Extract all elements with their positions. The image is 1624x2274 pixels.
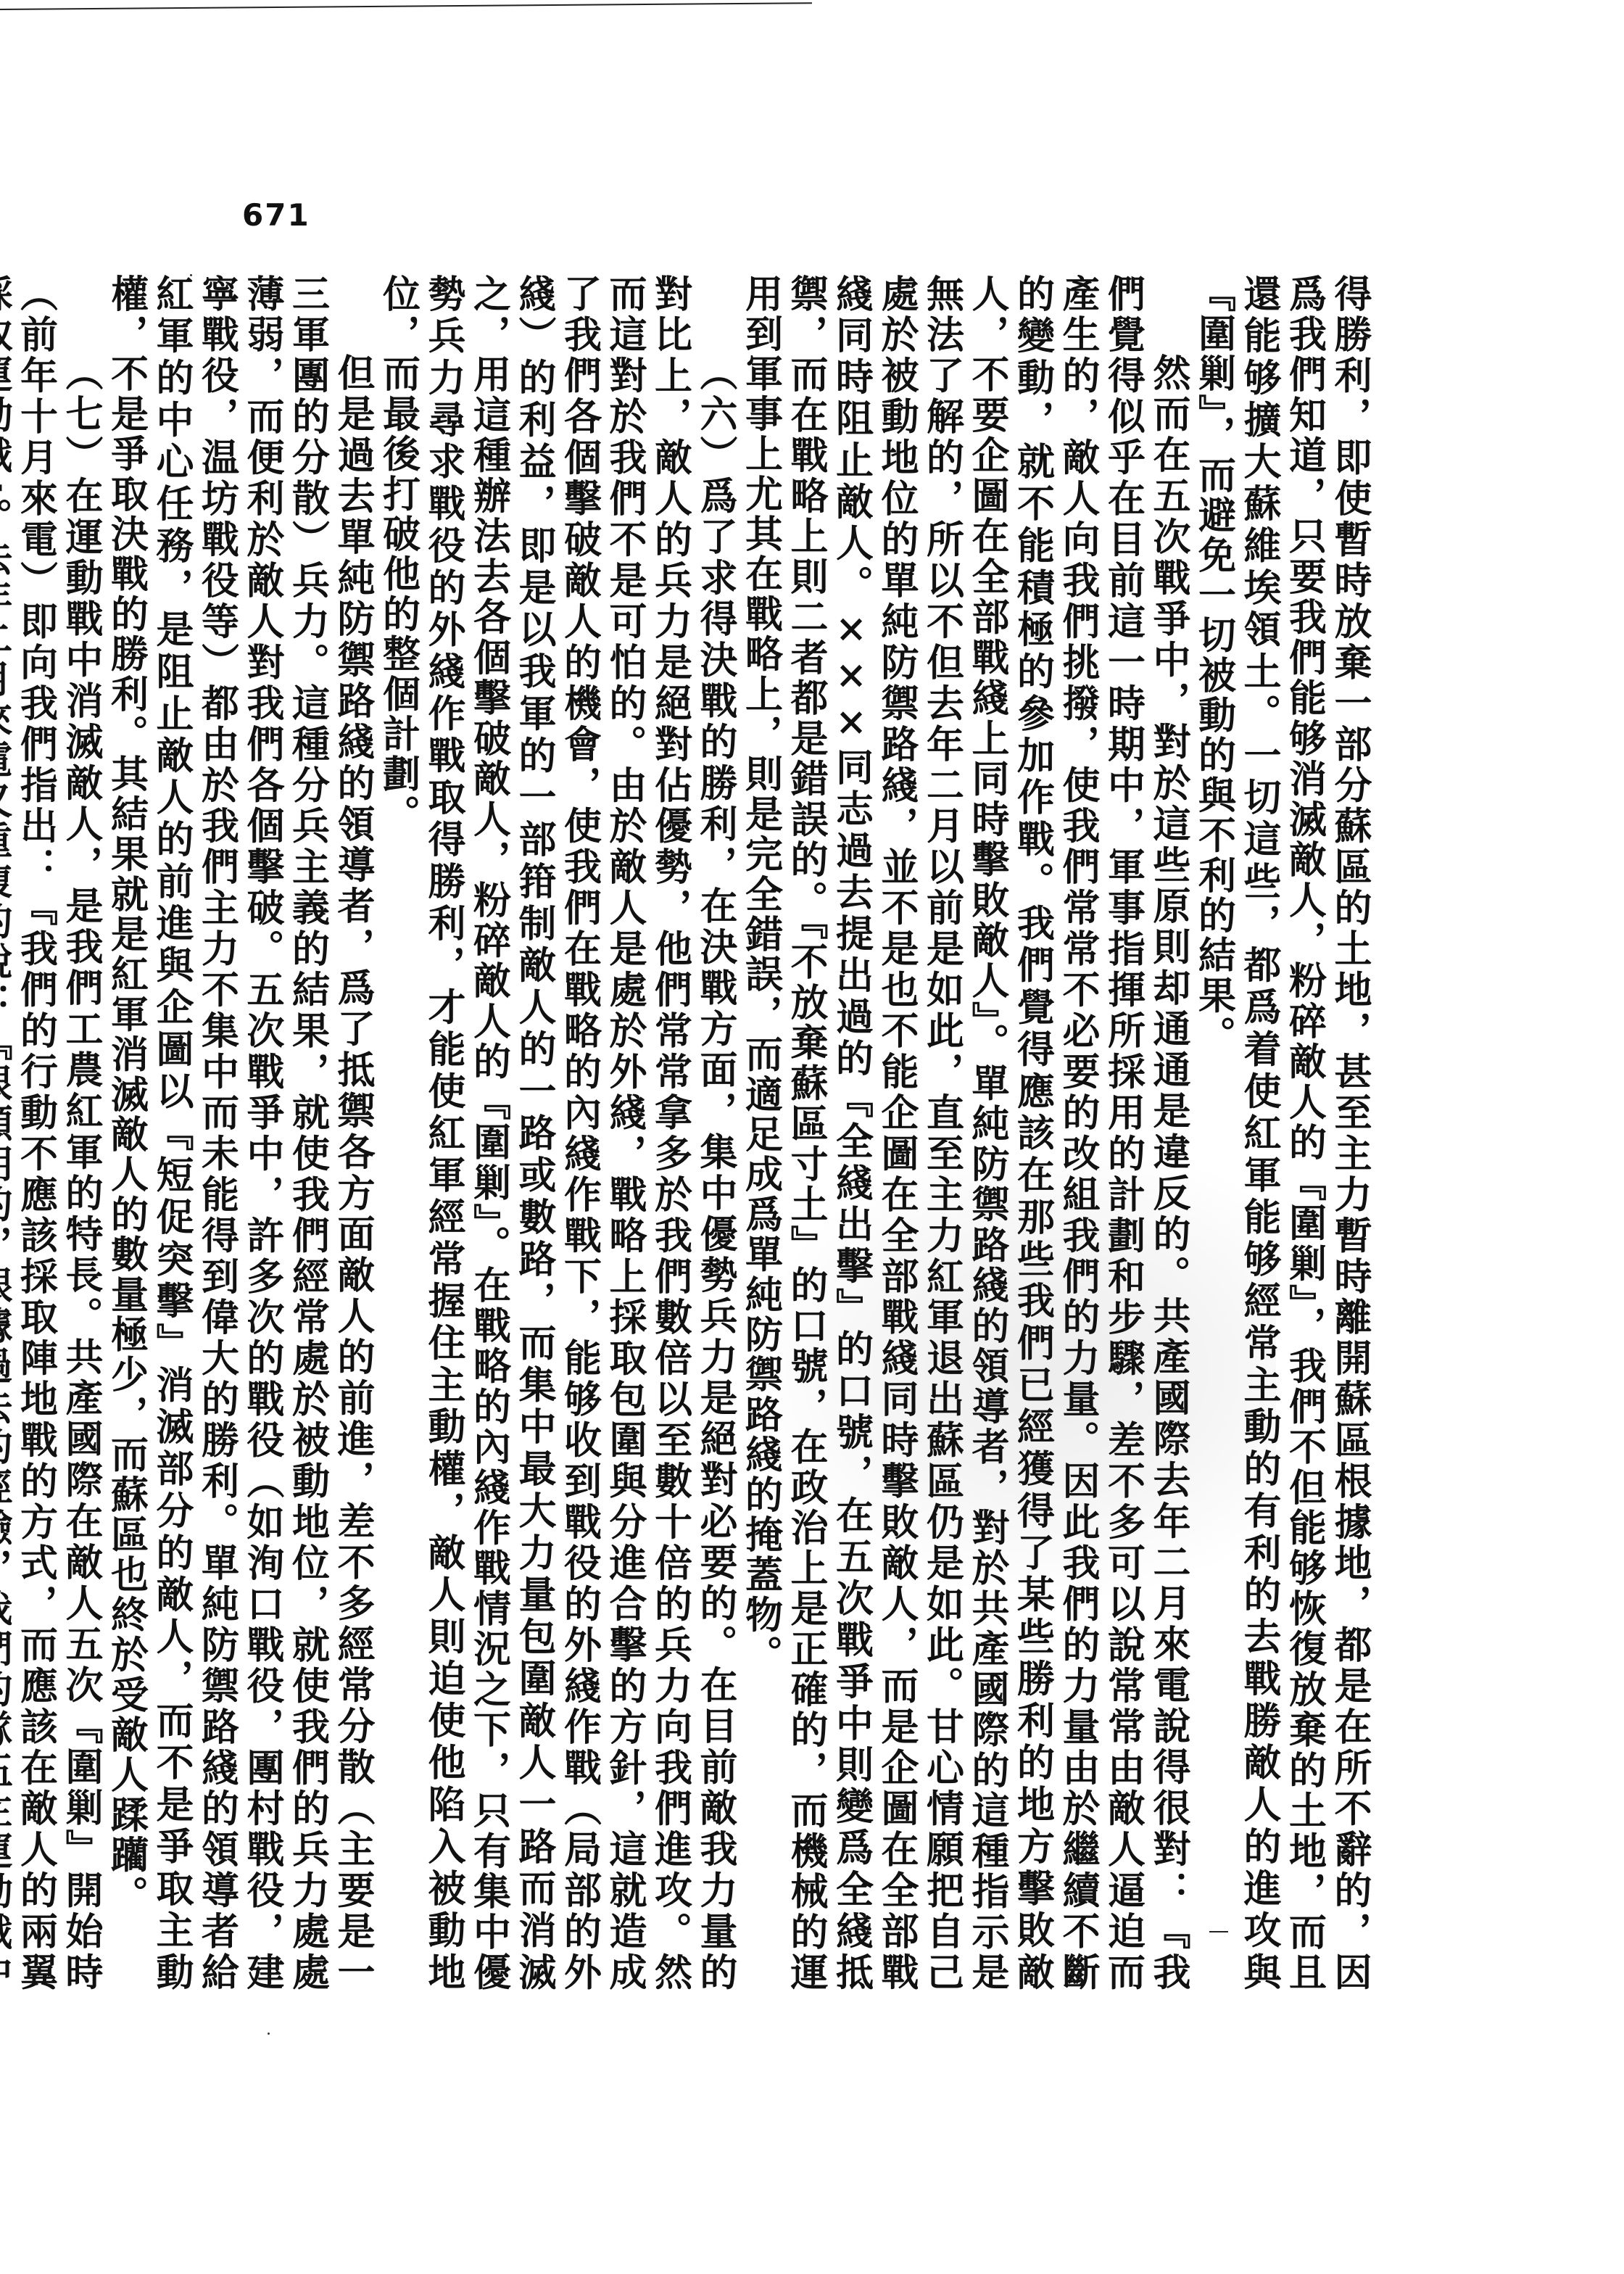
paragraph-section-six: （六）爲了求得決戰的勝利，在決戰方面，集中優勢兵力是絕對必要的。在目前敵我力量的… (375, 274, 737, 1993)
paragraph-continuation: 得勝利，即使暫時放棄一部分蘇區的土地，甚至主力暫時離開蘇區根據地，都是在所不辭的… (1190, 274, 1372, 1993)
paragraph-dispersion: 但是過去單純防禦路綫的領導者，爲了抵禦各方面敵人的前進，差不多經常分散（主要是一… (103, 274, 375, 1993)
scan-speck (268, 2033, 270, 2035)
scan-speck (190, 274, 192, 276)
scan-top-rule (0, 0, 812, 10)
paragraph-fifth-campaign: 然而在五次戰爭中，對於這些原則却通通是違反的。共產國際去年二月來電說得很對：『我… (737, 274, 1190, 1993)
margin-mark (1209, 1931, 1228, 1932)
page-number: 671 (242, 197, 310, 233)
paragraph-section-seven: （七）在運動戰中消滅敵人，是我們工農紅軍的特長。共產國際在敵人五次『圍剿』開始時… (0, 274, 103, 1993)
vertical-text-body: 得勝利，即使暫時放棄一部分蘇區的土地，甚至主力暫時離開蘇區根據地，都是在所不辭的… (0, 274, 1372, 1993)
